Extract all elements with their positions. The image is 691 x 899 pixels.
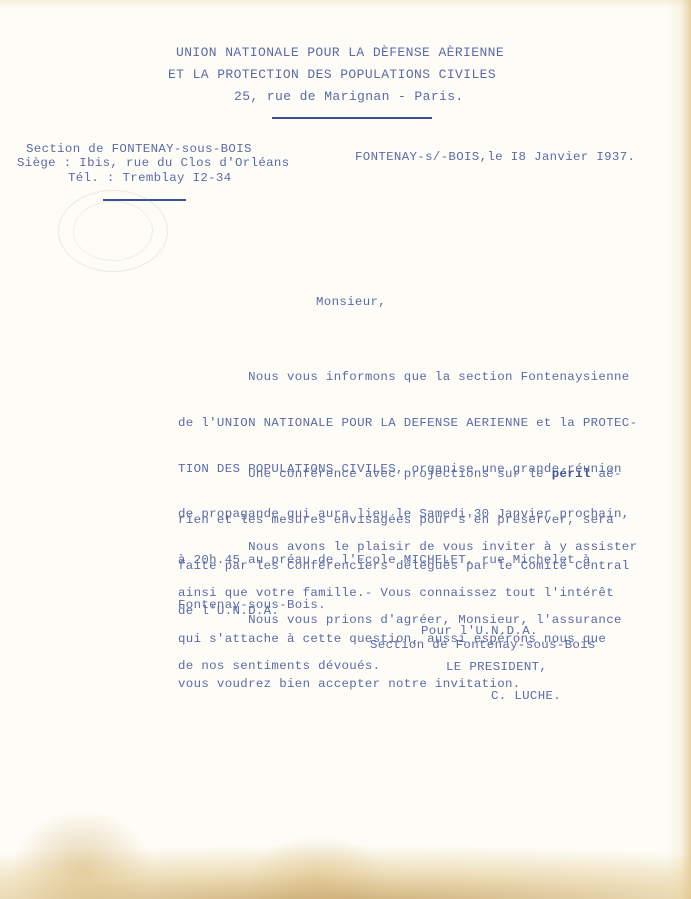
signature-section: Section de Fontenay-sous-Bois xyxy=(370,639,596,651)
salutation: Monsieur, xyxy=(316,296,386,308)
paragraph-line: Nous vous prions d'agréer, Monsieur, l'a… xyxy=(178,613,622,628)
section-phone: Tél. : Tremblay I2-34 xyxy=(68,172,232,184)
paragraph-line: de nos sentiments dévoués. xyxy=(178,659,622,674)
section-seat: Siège : Ibis, rue du Clos d'Orléans xyxy=(17,157,290,169)
signature-name: C. LUCHE. xyxy=(491,690,561,702)
paragraph-line: de l'UNION NATIONALE POUR LA DEFENSE AER… xyxy=(178,416,637,431)
emphasis-word: péril xyxy=(552,467,591,481)
letterhead-line-1: UNION NATIONALE POUR LA DÈFENSE AÈRIENNE xyxy=(176,46,504,59)
paragraph-line: Nous vous informons que la section Fonte… xyxy=(178,370,637,385)
signature-title: LE PRESIDENT, xyxy=(446,661,547,673)
paragraph-line: Une conférence avec projections sur le p… xyxy=(178,467,630,482)
paragraph-4: Nous vous prions d'agréer, Monsieur, l'a… xyxy=(178,583,622,689)
signature-for: Pour l'U.N.D.A. xyxy=(421,625,538,637)
dateline: FONTENAY-s/-BOIS,le I8 Janvier I937. xyxy=(355,151,635,163)
paragraph-line: Nous avons le plaisir de vous inviter à … xyxy=(178,540,637,555)
section-name: Section de FONTENAY-sous-BOIS xyxy=(26,143,252,155)
letterhead-address: 25, rue de Marignan - Paris. xyxy=(234,90,464,103)
faded-stamp xyxy=(58,190,168,272)
letterhead-line-2: ET LA PROTECTION DES POPULATIONS CIVILES xyxy=(168,68,496,81)
letterhead-divider xyxy=(272,117,432,119)
